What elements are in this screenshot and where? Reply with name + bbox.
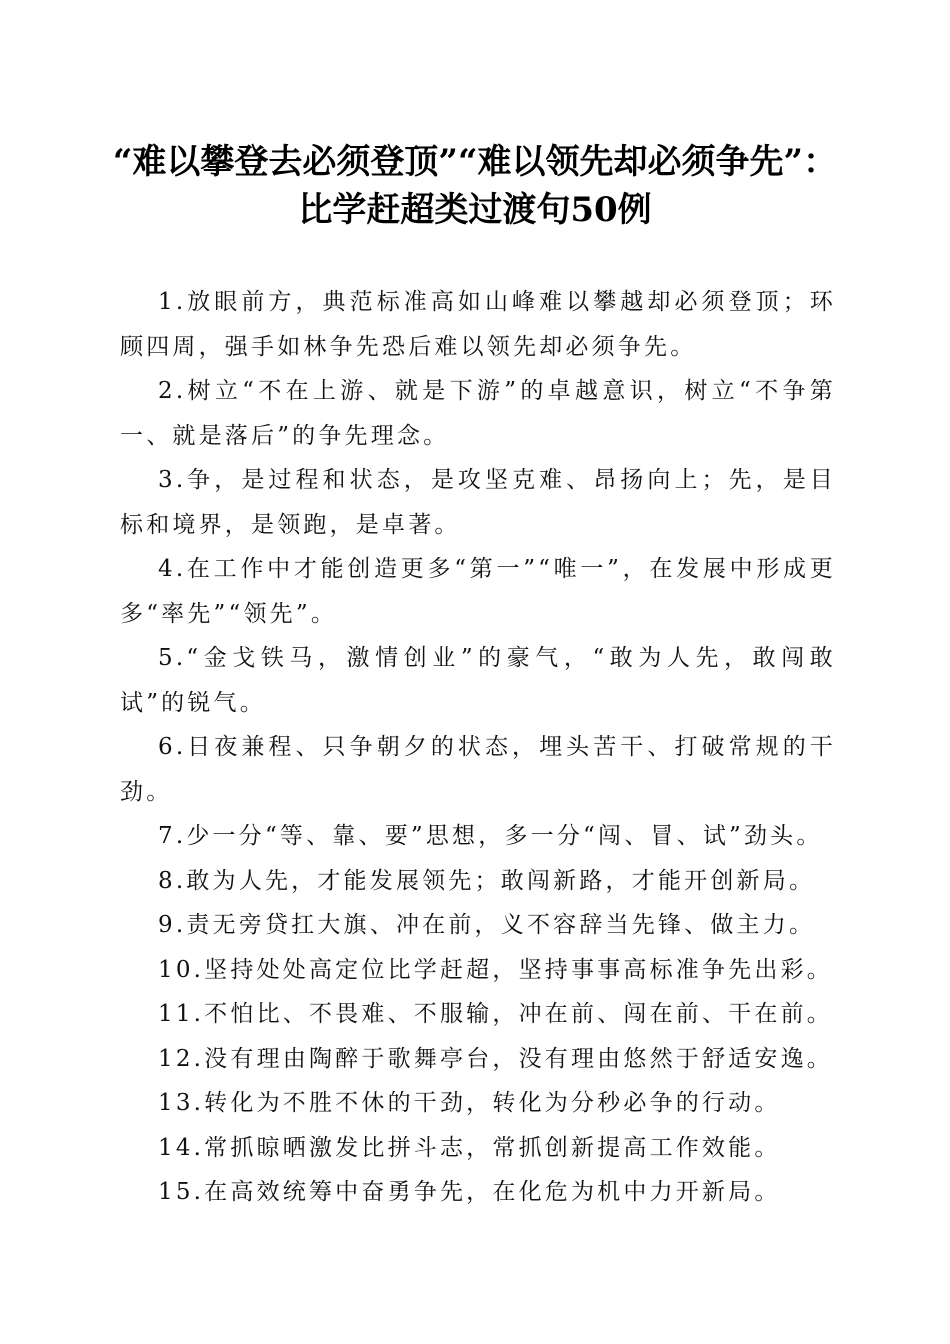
document-page: “难以攀登去必须登顶”“难以领先却必须争先”：比学赶超类过渡句50例 1.放眼前…	[0, 0, 950, 1344]
list-item: 1.放眼前方，典范标准高如山峰难以攀越却必须登顶；环顾四周，强手如林争先恐后难以…	[120, 280, 836, 369]
list-item: 4.在工作中才能创造更多“第一”“唯一”，在发展中形成更多“率先”“领先”。	[120, 547, 836, 636]
list-item: 9.责无旁贷扛大旗、冲在前，义不容辞当先锋、做主力。	[120, 903, 836, 948]
list-item: 10.坚持处处高定位比学赶超，坚持事事高标准争先出彩。	[120, 948, 836, 993]
list-item: 14.常抓晾晒激发比拼斗志，常抓创新提高工作效能。	[120, 1126, 836, 1171]
list-item: 8.敢为人先，才能发展领先；敢闯新路，才能开创新局。	[120, 859, 836, 904]
list-item: 15.在高效统筹中奋勇争先，在化危为机中力开新局。	[120, 1170, 836, 1215]
list-item: 2.树立“不在上游、就是下游”的卓越意识，树立“不争第一、就是落后”的争先理念。	[120, 369, 836, 458]
list-item: 5.“金戈铁马，激情创业”的豪气，“敢为人先，敢闯敢试”的锐气。	[120, 636, 836, 725]
list-item: 11.不怕比、不畏难、不服输，冲在前、闯在前、干在前。	[120, 992, 836, 1037]
list-item: 3.争，是过程和状态，是攻坚克难、昂扬向上；先，是目标和境界，是领跑，是卓著。	[120, 458, 836, 547]
list-item: 12.没有理由陶醉于歌舞亭台，没有理由悠然于舒适安逸。	[120, 1037, 836, 1082]
document-title: “难以攀登去必须登顶”“难以领先却必须争先”：比学赶超类过渡句50例	[110, 138, 840, 234]
list-item: 6.日夜兼程、只争朝夕的状态，埋头苦干、打破常规的干劲。	[120, 725, 836, 814]
list-item: 13.转化为不胜不休的干劲，转化为分秒必争的行动。	[120, 1081, 836, 1126]
document-body: 1.放眼前方，典范标准高如山峰难以攀越却必须登顶；环顾四周，强手如林争先恐后难以…	[120, 280, 836, 1215]
list-item: 7.少一分“等、靠、要”思想，多一分“闯、冒、试”劲头。	[120, 814, 836, 859]
